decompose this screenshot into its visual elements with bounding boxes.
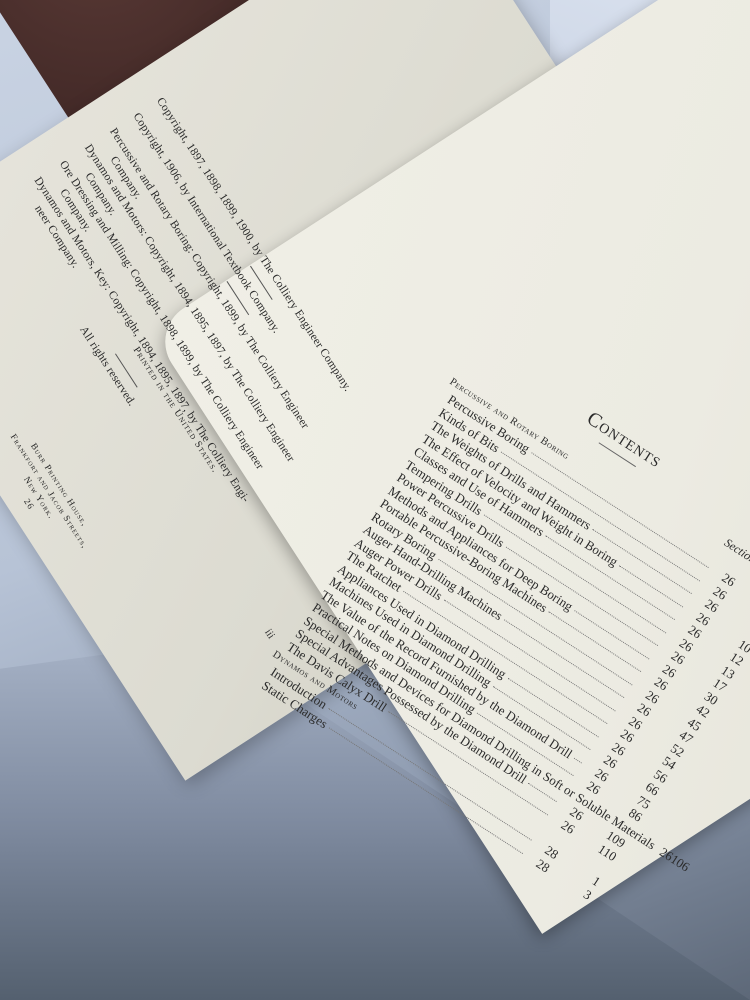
dot-leader bbox=[574, 757, 582, 763]
